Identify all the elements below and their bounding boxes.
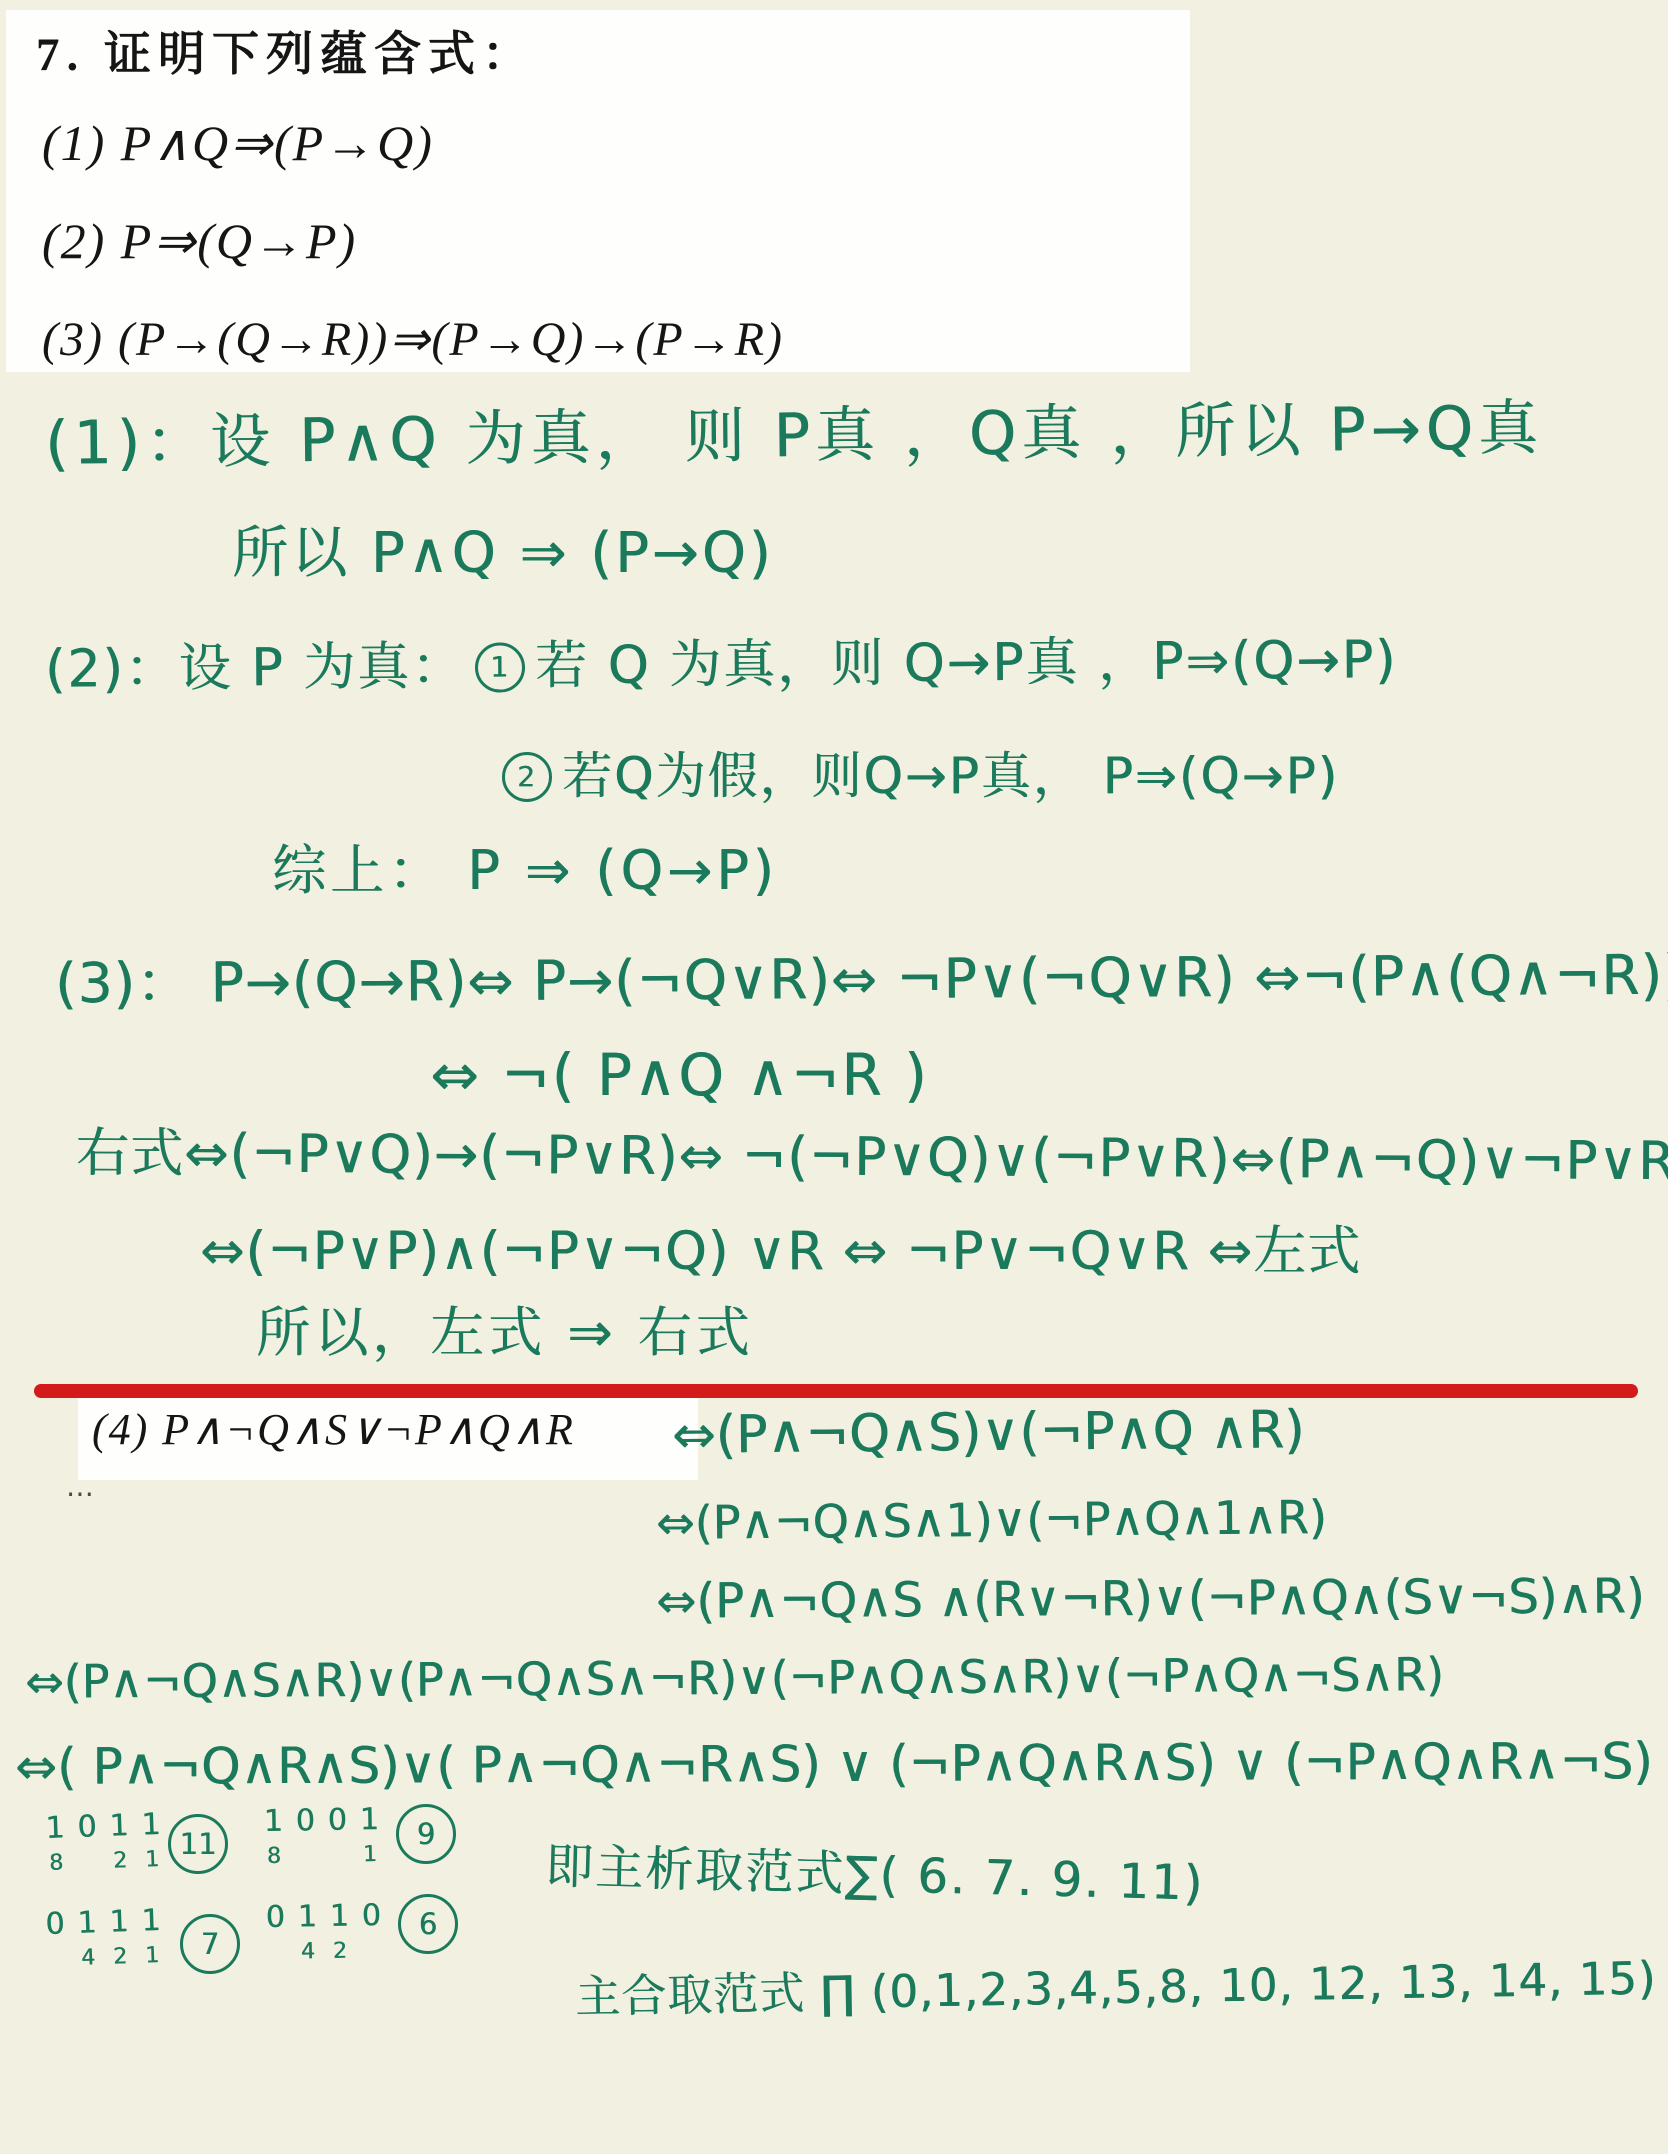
- binary-group-0111: 0 14 12 11: [41, 1906, 166, 1971]
- decimal-value-circle-9: 9: [396, 1804, 456, 1864]
- bit-weight: 1: [145, 1945, 160, 1967]
- solution3-line1: (3)： P→(Q→R)⇔ P→(¬Q∨R)⇔ ¬P∨(¬Q∨R) ⇔¬(P∧(…: [55, 944, 1668, 1016]
- bit: 0: [327, 1806, 347, 1836]
- solution2-conclusion: 综上： P ⇒ (Q→P): [272, 840, 778, 902]
- solution2-case1: (2)：设 P 为真： 1 若 Q 为真，则 Q→P真 ，P⇒(Q→P): [45, 631, 1398, 700]
- bit: 0: [265, 1903, 285, 1933]
- binary-group-1001: 18 0 0 11: [259, 1805, 383, 1868]
- bit: 1: [329, 1902, 349, 1932]
- circled-number-1: 1: [475, 642, 525, 692]
- problem-item-4: (4) P∧¬Q∧S∨¬P∧Q∧R: [92, 1408, 575, 1452]
- bit: 1: [359, 1805, 379, 1835]
- red-divider-line: [34, 1384, 1638, 1398]
- solution4-line4: ⇔(P∧¬Q∧S∧R)∨(P∧¬Q∧S∧¬R)∨(¬P∧Q∧S∧R)∨(¬P∧Q…: [25, 1648, 1444, 1708]
- margin-marks: ⋯: [66, 1478, 94, 1510]
- bit: 1: [45, 1813, 65, 1844]
- solution1-line1: (1)：设 P∧Q 为真， 则 P真 ，Q真 ，所以 P→Q真: [45, 394, 1544, 479]
- solution3-line3: 右式⇔(¬P∨Q)→(¬P∨R)⇔ ¬(¬P∨Q)∨(¬P∨R)⇔(P∧¬Q)∨…: [76, 1124, 1668, 1193]
- bit-weight: 1: [363, 1844, 377, 1866]
- solution2-case2: 2 若Q为假，则Q→P真， P⇒(Q→P): [502, 748, 1339, 806]
- solution3-line2: ⇔ ¬( P∧Q ∧¬R ): [430, 1042, 929, 1109]
- problem-title: 7. 证明下列蕴含式：: [36, 32, 536, 79]
- bit: 0: [45, 1909, 65, 1940]
- solution3-line4: ⇔(¬P∨P)∧(¬P∨¬Q) ∨R ⇔ ¬P∨¬Q∨R ⇔左式: [200, 1222, 1361, 1283]
- bit: 0: [77, 1812, 97, 1843]
- binary-group-0110: 0 14 12 0: [261, 1901, 385, 1964]
- problem-item-2: (2) P⇒(Q→P): [42, 216, 357, 266]
- bit: 1: [297, 1902, 317, 1932]
- solution1-line2: 所以 P∧Q ⇒ (P→Q): [232, 522, 774, 586]
- bit-weight: 2: [113, 1946, 128, 1968]
- bit: 1: [263, 1807, 283, 1837]
- decimal-value-circle-6: 6: [398, 1894, 458, 1954]
- bit: 1: [77, 1908, 97, 1939]
- bit: 0: [295, 1806, 315, 1836]
- bit-weight: 2: [333, 1941, 347, 1963]
- bit: 1: [141, 1810, 161, 1841]
- solution4-line3: ⇔(P∧¬Q∧S ∧(R∨¬R)∨(¬P∧Q∧(S∨¬S)∧R): [656, 1569, 1645, 1629]
- bit: 1: [109, 1811, 129, 1842]
- bit: 1: [109, 1907, 129, 1938]
- solution4-line5: ⇔( P∧¬Q∧R∧S)∨( P∧¬Q∧¬R∧S) ∨ (¬P∧Q∧R∧S) ∨…: [15, 1733, 1653, 1796]
- bit-weight: 4: [301, 1941, 315, 1963]
- problem-item-1: (1) P∧Q⇒(P→Q): [42, 118, 434, 168]
- solution4-line2: ⇔(P∧¬Q∧S∧1)∨(¬P∧Q∧1∧R): [656, 1491, 1327, 1550]
- bit-weight: 2: [113, 1850, 128, 1872]
- bit: 1: [141, 1906, 161, 1937]
- bit-weight: 1: [145, 1849, 160, 1871]
- solution2-case2-text: 若Q为假，则Q→P真， P⇒(Q→P): [562, 748, 1339, 806]
- solution2-intro: (2)：设 P 为真：: [45, 638, 465, 701]
- bit: 0: [361, 1901, 381, 1931]
- pdnf-line: 即主析取范式∑( 6. 7. 9. 11): [544, 1839, 1205, 1911]
- pcnf-line: 主合取范式 ∏ (0,1,2,3,4,5,8, 10, 12, 13, 14, …: [575, 1953, 1657, 2024]
- decimal-value-circle-11: 11: [168, 1814, 228, 1874]
- problem-item-3: (3) (P→(Q→R))⇒(P→Q)→(P→R): [42, 316, 784, 364]
- solution2-case1-text: 若 Q 为真，则 Q→P真 ，P⇒(Q→P): [535, 631, 1398, 697]
- bit-weight: 4: [81, 1947, 96, 1969]
- bit-weight: 8: [49, 1852, 64, 1874]
- decimal-value-circle-7: 7: [180, 1914, 240, 1974]
- circled-number-2: 2: [502, 752, 552, 802]
- notebook-page: 7. 证明下列蕴含式： (1) P∧Q⇒(P→Q) (2) P⇒(Q→P) (3…: [0, 0, 1668, 2154]
- binary-group-1011: 18 0 12 11: [41, 1810, 166, 1875]
- bit-weight: 8: [267, 1846, 281, 1868]
- printed-problem-box: 7. 证明下列蕴含式： (1) P∧Q⇒(P→Q) (2) P⇒(Q→P) (3…: [6, 10, 1190, 372]
- solution4-line1: ⇔(P∧¬Q∧S)∨(¬P∧Q ∧R): [672, 1401, 1305, 1466]
- solution3-line5: 所以，左式 ⇒ 右式: [256, 1302, 754, 1364]
